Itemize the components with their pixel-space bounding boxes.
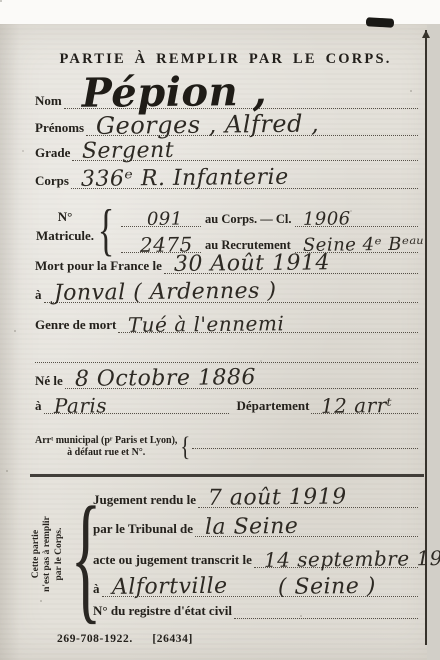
print-code: 269-708-1922. [26434] bbox=[57, 633, 193, 645]
matricule-label-block: N° Matricule. bbox=[35, 209, 95, 244]
matricule-row-recrutement: 2475 au Recrutement Seine 4ᵉ Bᵉᵃᵘ bbox=[121, 229, 418, 253]
arr-municipal-label-line1: Arrᵗ municipal (pʳ Paris et Lyon), bbox=[35, 435, 177, 448]
departement-value: 12 arrᵗ bbox=[311, 395, 393, 416]
field-tribunal: par le Tribunal de la Seine bbox=[93, 513, 418, 537]
ne-le-line: 8 Octobre 1886 bbox=[65, 369, 418, 389]
transcrit-lieu-value: Alfortville bbox=[101, 576, 227, 599]
print-code-bracket: [26434] bbox=[152, 633, 193, 645]
tribunal-label: par le Tribunal de bbox=[93, 522, 195, 537]
blank-line bbox=[35, 362, 418, 363]
transcrit-value: 14 septembre 1919 bbox=[254, 548, 440, 570]
matricule-row-corps: 091 au Corps. — Cl. 1906 bbox=[121, 203, 418, 227]
mort-le-value: 30 Août 1914 bbox=[164, 252, 330, 276]
ink-mark bbox=[366, 17, 394, 27]
print-code-number: 269-708-1922. bbox=[57, 633, 133, 645]
grade-line: Sergent bbox=[72, 141, 418, 161]
prenoms-line: Georges , Alfred , bbox=[86, 114, 418, 136]
genre-mort-line: Tué à l'ennemi bbox=[118, 315, 418, 333]
matricule-lines: 091 au Corps. — Cl. 1906 2475 au Recrute… bbox=[121, 203, 418, 253]
genre-mort-value: Tué à l'ennemi bbox=[118, 313, 285, 335]
field-genre-mort: Genre de mort Tué à l'ennemi bbox=[35, 315, 418, 333]
tribunal-value: la Seine bbox=[195, 516, 299, 539]
edge-arrow-icon bbox=[422, 30, 430, 38]
field-prenoms: Prénoms Georges , Alfred , bbox=[35, 114, 418, 136]
field-ne-le: Né le 8 Octobre 1886 bbox=[35, 369, 418, 389]
matricule-corps-line: 091 bbox=[121, 211, 201, 227]
ne-le-value: 8 Octobre 1886 bbox=[65, 367, 256, 391]
sidebar-note-line3: par le Corps. bbox=[54, 498, 65, 610]
field-nom: Nom Pépion , bbox=[35, 74, 418, 109]
tribunal-line: la Seine bbox=[195, 517, 418, 537]
field-corps: Corps 336ᵉ R. Infanterie bbox=[35, 169, 418, 189]
arr-municipal-line bbox=[192, 435, 418, 449]
matricule-classe-value: 1906 bbox=[295, 210, 351, 229]
corps-value: 336ᵉ R. Infanterie bbox=[71, 167, 289, 191]
nom-line: Pépion , bbox=[64, 74, 418, 109]
sidebar-note-line2: n'est pas à remplir bbox=[42, 498, 53, 610]
nom-label: Nom bbox=[35, 94, 64, 109]
departement-line: 12 arrᵗ bbox=[311, 396, 418, 414]
paper-speckles bbox=[0, 0, 2, 2]
jugement-rendu-value: 7 août 1919 bbox=[198, 486, 347, 510]
blank-dotted-line bbox=[35, 353, 418, 363]
genre-mort-label: Genre de mort bbox=[35, 318, 118, 333]
sidebar-note-line1: Cette partie bbox=[31, 498, 42, 610]
jugement-rendu-line: 7 août 1919 bbox=[198, 488, 418, 508]
sidebar-note: Cette partie n'est pas à remplir par le … bbox=[31, 498, 65, 610]
corps-label: Corps bbox=[35, 174, 71, 189]
ne-le-label: Né le bbox=[35, 374, 65, 389]
departement-label: Département bbox=[229, 399, 312, 414]
ne-a-line: Paris bbox=[44, 396, 229, 414]
matricule-label-word: Matricule. bbox=[35, 228, 95, 244]
transcrit-lieu-label: à bbox=[93, 582, 102, 597]
transcrit-line: 14 septembre 1919 bbox=[254, 550, 418, 568]
field-grade: Grade Sergent bbox=[35, 141, 418, 161]
transcrit-label: acte ou jugement transcrit le bbox=[93, 553, 254, 568]
registre-label: N° du registre d'état civil bbox=[93, 604, 234, 619]
arr-municipal-label-line2: à défaut rue et N°. bbox=[35, 447, 177, 460]
corps-line: 336ᵉ R. Infanterie bbox=[71, 169, 418, 189]
field-mort-a: à Jonval ( Ardennes ) bbox=[35, 283, 418, 303]
field-registre: N° du registre d'état civil bbox=[93, 599, 418, 619]
grade-value: Sergent bbox=[72, 140, 174, 163]
matricule-recrutement-line: 2475 bbox=[121, 235, 201, 253]
brace-small-icon: { bbox=[181, 433, 191, 460]
matricule-classe-line: 1906 bbox=[295, 211, 418, 227]
nom-value: Pépion , bbox=[63, 72, 267, 114]
mort-le-label: Mort pour la France le bbox=[35, 259, 164, 274]
arr-municipal-label: Arrᵗ municipal (pʳ Paris et Lyon), à déf… bbox=[35, 435, 179, 460]
jugement-rendu-label: Jugement rendu le bbox=[93, 493, 198, 508]
field-jugement-rendu: Jugement rendu le 7 août 1919 bbox=[93, 484, 418, 508]
field-transcrit: acte ou jugement transcrit le 14 septemb… bbox=[93, 544, 418, 568]
jugement-section: Cette partie n'est pas à remplir par le … bbox=[35, 484, 418, 636]
transcrit-lieu-departement: ( Seine ) bbox=[268, 576, 376, 599]
field-mort-le: Mort pour la France le 30 Août 1914 bbox=[35, 254, 418, 274]
prenoms-label: Prénoms bbox=[35, 121, 86, 136]
mort-a-line: Jonval ( Ardennes ) bbox=[44, 283, 419, 303]
mort-le-line: 30 Août 1914 bbox=[164, 254, 418, 274]
matricule-label-no: N° bbox=[35, 209, 95, 225]
grade-label: Grade bbox=[35, 146, 72, 161]
transcrit-lieu-line: Alfortville ( Seine ) bbox=[102, 577, 419, 597]
ne-a-value: Paris bbox=[43, 395, 106, 416]
field-transcrit-lieu: à Alfortville ( Seine ) bbox=[93, 573, 418, 597]
mort-a-label: à bbox=[35, 288, 44, 303]
field-ne-a: à Paris Département 12 arrᵗ bbox=[35, 396, 418, 414]
matricule-corps-value: 091 bbox=[139, 211, 183, 229]
ne-a-label: à bbox=[35, 399, 44, 414]
prenoms-value: Georges , Alfred , bbox=[86, 112, 320, 138]
registre-line bbox=[234, 618, 418, 619]
mort-a-value: Jonval ( Ardennes ) bbox=[43, 281, 276, 305]
matricule-corps-text: au Corps. — Cl. bbox=[201, 212, 295, 227]
form-title: PARTIE À REMPLIR PAR LE CORPS. bbox=[35, 51, 416, 68]
